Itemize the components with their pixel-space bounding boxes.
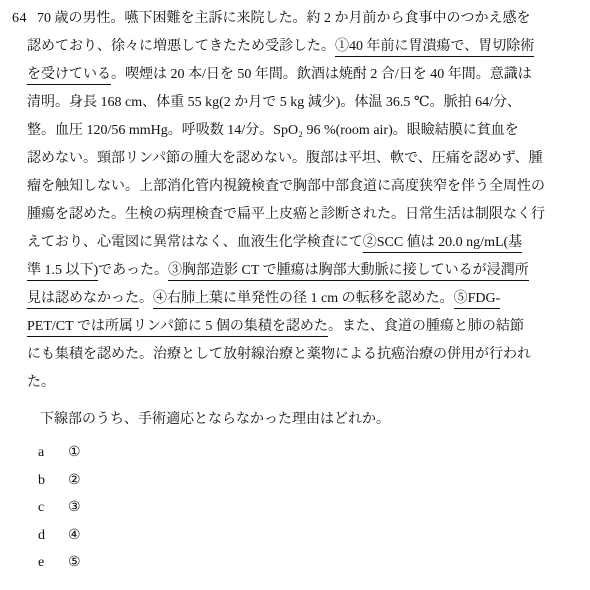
- passage-segment: 認めており、徐々に増悪してきたため受診した。: [27, 39, 335, 54]
- underlined-passage-segment: ③胸部造影 CT で腫瘍は胸部大動脈に接しているが浸潤所: [168, 263, 529, 281]
- passage-line: 70 歳の男性。嚥下困難を主訴に来院した。約 2 か月前から食事中のつかえ感を: [27, 5, 578, 33]
- passage-segment: 整。血圧 120/56 mmHg。呼吸数 14/分。SpO₂ 96 %(room…: [27, 123, 519, 138]
- passage-segment: 。: [139, 291, 153, 306]
- option-circled-number: ④: [68, 528, 81, 543]
- underlined-passage-segment: 見は認めなかった: [27, 291, 139, 309]
- passage-segment: 。: [440, 291, 454, 306]
- passage-line: PET/CT では所属リンパ節に 5 個の集積を認めた。また、食道の腫瘍と肺の結…: [27, 313, 578, 341]
- option-c: c③: [38, 494, 578, 522]
- option-b: b②: [38, 467, 578, 495]
- option-circled-number: ③: [68, 500, 81, 515]
- passage-line: 整。血圧 120/56 mmHg。呼吸数 14/分。SpO₂ 96 %(room…: [27, 117, 578, 145]
- underlined-passage-segment: ①40 年前に胃潰瘍で、胃切除術: [335, 39, 534, 57]
- passage-line: えており、心電図に異常はなく、血液生化学検査にて②SCC 値は 20.0 ng/…: [27, 229, 578, 257]
- option-circled-number: ②: [68, 473, 81, 488]
- passage-line: 準 1.5 以下)であった。③胸部造影 CT で腫瘍は胸部大動脈に接しているが浸…: [27, 257, 578, 285]
- option-d: d④: [38, 522, 578, 550]
- option-a: a①: [38, 439, 578, 467]
- option-letter: d: [38, 522, 68, 550]
- option-letter: a: [38, 439, 68, 467]
- passage-line: を受けている。喫煙は 20 本/日を 50 年間。飲酒は焼酎 2 合/日を 40…: [27, 61, 578, 89]
- option-circled-number: ⑤: [68, 555, 81, 570]
- passage-line: 認めない。頸部リンパ節の腫大を認めない。腹部は平坦、軟で、圧痛を認めず、腫: [27, 145, 578, 173]
- passage-segment: 認めない。頸部リンパ節の腫大を認めない。腹部は平坦、軟で、圧痛を認めず、腫: [27, 151, 543, 166]
- passage-line: 清明。身長 168 cm、体重 55 kg(2 か月で 5 kg 減少)。体温 …: [27, 89, 578, 117]
- passage-segment: 腫瘍を認めた。生検の病理検査で扁平上皮癌と診断された。日常生活は制限なく行: [27, 207, 545, 222]
- passage-segment: 。喫煙は 20 本/日を 50 年間。飲酒は焼酎 2 合/日を 40 年間。意識…: [111, 67, 532, 82]
- passage-line: 瘤を触知しない。上部消化管内視鏡検査で胸部中部食道に高度狭窄を伴う全周性の: [27, 173, 578, 201]
- option-circled-number: ①: [68, 445, 81, 460]
- question-number: 64: [12, 5, 27, 33]
- option-letter: c: [38, 494, 68, 522]
- exam-document-page: 64 70 歳の男性。嚥下困難を主訴に来院した。約 2 か月前から食事中のつかえ…: [0, 0, 590, 590]
- passage-segment: 70 歳の男性。嚥下困難を主訴に来院した。約 2 か月前から食事中のつかえ感を: [37, 11, 531, 26]
- passage-segment: 瘤を触知しない。上部消化管内視鏡検査で胸部中部食道に高度狭窄を伴う全周性の: [27, 179, 545, 194]
- passage-line: た。: [27, 369, 578, 397]
- passage-segment: にも集積を認めた。治療として放射線治療と薬物による抗癌治療の併用が行われ: [27, 347, 531, 362]
- option-e: e⑤: [38, 549, 578, 577]
- passage-line: 腫瘍を認めた。生検の病理検査で扁平上皮癌と診断された。日常生活は制限なく行: [27, 201, 578, 229]
- underlined-passage-segment: ④右肺上葉に単発性の径 1 cm の転移を認めた: [153, 291, 440, 309]
- option-letter: e: [38, 549, 68, 577]
- underlined-passage-segment: PET/CT では所属リンパ節に 5 個の集積を認めた: [27, 319, 328, 337]
- underlined-passage-segment: ②SCC 値は 20.0 ng/mL(基: [363, 235, 522, 253]
- question-text: 下線部のうち、手術適応とならなかった理由はどれか。: [40, 406, 578, 434]
- passage-segment: えており、心電図に異常はなく、血液生化学検査にて: [27, 235, 363, 250]
- passage-segment: であった。: [98, 263, 168, 278]
- option-letter: b: [38, 467, 68, 495]
- answer-options: a①b②c③d④e⑤: [27, 439, 578, 577]
- case-passage: 70 歳の男性。嚥下困難を主訴に来院した。約 2 か月前から食事中のつかえ感を認…: [27, 5, 578, 397]
- passage-segment: 清明。身長 168 cm、体重 55 kg(2 か月で 5 kg 減少)。体温 …: [27, 95, 521, 110]
- passage-segment: 。また、食道の腫瘍と肺の結節: [328, 319, 524, 334]
- underlined-passage-segment: 準 1.5 以下): [27, 263, 98, 281]
- passage-segment: た。: [27, 375, 55, 390]
- passage-line: 見は認めなかった。④右肺上葉に単発性の径 1 cm の転移を認めた。⑤FDG-: [27, 285, 578, 313]
- underlined-passage-segment: を受けている: [27, 67, 111, 85]
- underlined-passage-segment: ⑤FDG-: [454, 291, 501, 309]
- passage-line: にも集積を認めた。治療として放射線治療と薬物による抗癌治療の併用が行われ: [27, 341, 578, 369]
- passage-line: 認めており、徐々に増悪してきたため受診した。①40 年前に胃潰瘍で、胃切除術: [27, 33, 578, 61]
